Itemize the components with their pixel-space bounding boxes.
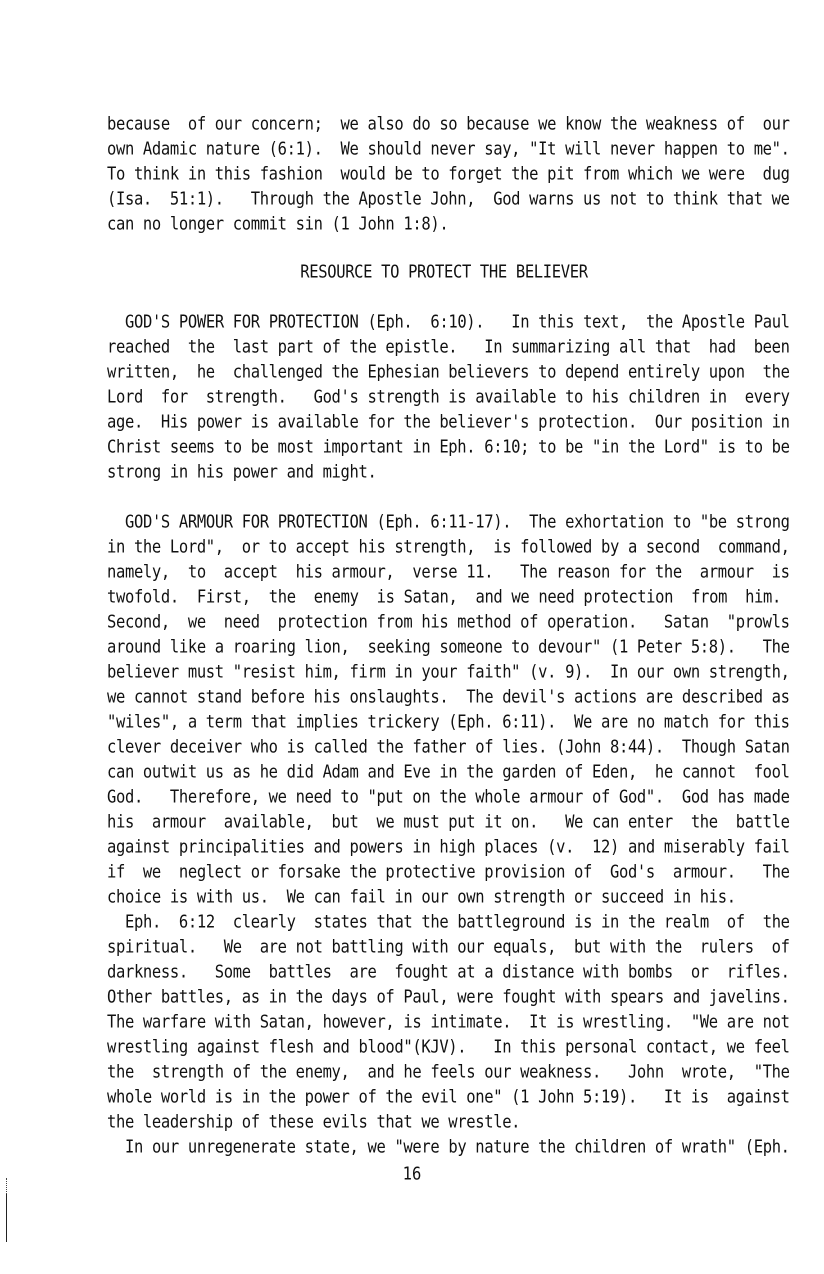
text-line: clever deceiver who is called the father… (107, 734, 781, 762)
document-page: because of our concern; we also do so be… (0, 0, 824, 1274)
text-line: darkness. Some battles are fought at a d… (107, 959, 781, 987)
section-heading: RESOURCE TO PROTECT THE BELIEVER (107, 259, 781, 287)
text-line: whole world is in the power of the evil … (107, 1084, 781, 1112)
solid-mark (6, 1194, 8, 1242)
page-number: 16 (0, 1162, 824, 1187)
text-line: can outwit us as he did Adam and Eve in … (107, 759, 781, 787)
text-line: Second, we need protection from his meth… (107, 609, 781, 637)
scan-edge-mark (6, 1178, 8, 1242)
dotted-mark (6, 1178, 8, 1194)
text-line: "wiles", a term that implies trickery (E… (107, 709, 781, 737)
text-line: his armour available, but we must put it… (107, 809, 781, 837)
text-line: reached the last part of the epistle. In… (107, 334, 781, 362)
text-line: age. His power is available for the beli… (107, 409, 781, 437)
text-line: we cannot stand before his onslaughts. T… (107, 684, 781, 712)
text-line: (Isa. 51:1). Through the Apostle John, G… (107, 186, 781, 214)
text-line: strong in his power and might. (107, 459, 781, 487)
text-line: own Adamic nature (6:1). We should never… (107, 136, 781, 164)
text-line: Eph. 6:12 clearly states that the battle… (125, 909, 781, 937)
text-line: against principalities and powers in hig… (107, 834, 781, 862)
text-line: because of our concern; we also do so be… (107, 111, 781, 139)
text-line: in the Lord", or to accept his strength,… (107, 534, 781, 562)
text-line: Lord for strength. God's strength is ava… (107, 384, 781, 412)
text-line: spiritual. We are not battling with our … (107, 934, 781, 962)
text-line: twofold. First, the enemy is Satan, and … (107, 584, 781, 612)
text-line: written, he challenged the Ephesian beli… (107, 359, 781, 387)
text-line: Other battles, as in the days of Paul, w… (107, 984, 781, 1012)
text-line: choice is with us. We can fail in our ow… (107, 884, 781, 912)
text-line: Christ seems to be most important in Eph… (107, 434, 781, 462)
text-line: The warfare with Satan, however, is inti… (107, 1009, 781, 1037)
text-line: the leadership of these evils that we wr… (107, 1109, 781, 1137)
text-line: GOD'S POWER FOR PROTECTION (Eph. 6:10). … (125, 309, 781, 337)
text-line: GOD'S ARMOUR FOR PROTECTION (Eph. 6:11-1… (125, 509, 781, 537)
text-line: namely, to accept his armour, verse 11. … (107, 559, 781, 587)
text-line: God. Therefore, we need to "put on the w… (107, 784, 781, 812)
text-line: To think in this fashion would be to for… (107, 161, 781, 189)
text-line: around like a roaring lion, seeking some… (107, 634, 781, 662)
text-line: believer must "resist him, firm in your … (107, 659, 781, 687)
text-line: the strength of the enemy, and he feels … (107, 1059, 781, 1087)
text-line: In our unregenerate state, we "were by n… (125, 1134, 781, 1162)
text-line: wrestling against flesh and blood"(KJV).… (107, 1034, 781, 1062)
text-line: if we neglect or forsake the protective … (107, 859, 781, 887)
text-line: can no longer commit sin (1 John 1:8). (107, 211, 781, 239)
